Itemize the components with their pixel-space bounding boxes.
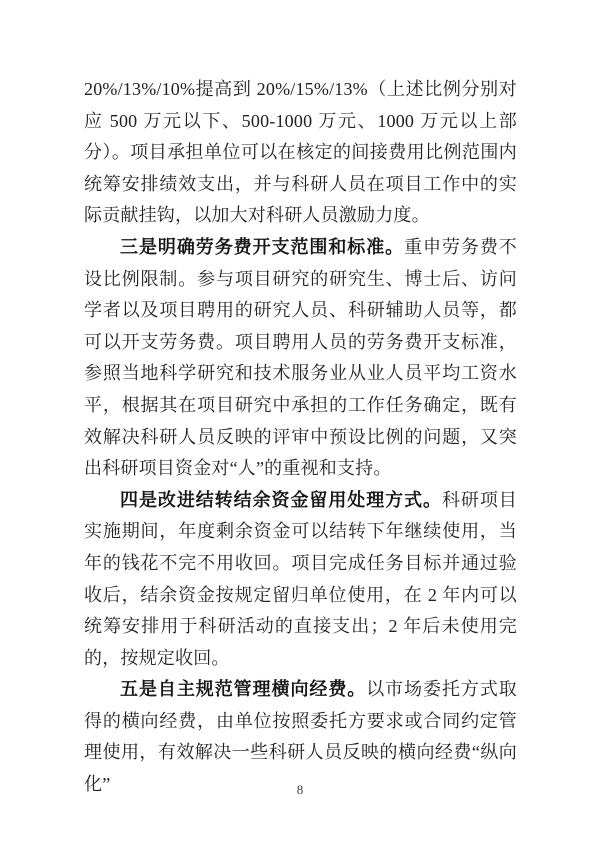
paragraph: 四是改进结转结余资金留用处理方式。科研项目实施期间，年度剩余资金可以结转下年继续… <box>84 485 517 675</box>
document-body: 20%/13%/10%提高到 20%/15%/13%（上述比例分别对应 500 … <box>84 74 517 801</box>
paragraph-lead: 五是自主规范管理横向经费。 <box>120 679 366 699</box>
paragraph-lead: 四是改进结转结余资金留用处理方式。 <box>120 490 442 510</box>
paragraph-lead: 三是明确劳务费开支范围和标准。 <box>120 237 404 257</box>
paragraph: 20%/13%/10%提高到 20%/15%/13%（上述比例分别对应 500 … <box>84 74 517 232</box>
page-number: 8 <box>0 782 600 798</box>
paragraph-text: 科研项目实施期间，年度剩余资金可以结转下年继续使用，当年的钱花不完不用收回。项目… <box>84 490 517 668</box>
paragraph-text: 20%/13%/10%提高到 20%/15%/13%（上述比例分别对应 500 … <box>84 79 517 225</box>
paragraph: 三是明确劳务费开支范围和标准。重申劳务费不设比例限制。参与项目研究的研究生、博士… <box>84 232 517 485</box>
paragraph-text: 重申劳务费不设比例限制。参与项目研究的研究生、博士后、访问学者以及项目聘用的研究… <box>84 237 517 478</box>
document-page: 20%/13%/10%提高到 20%/15%/13%（上述比例分别对应 500 … <box>0 0 600 848</box>
